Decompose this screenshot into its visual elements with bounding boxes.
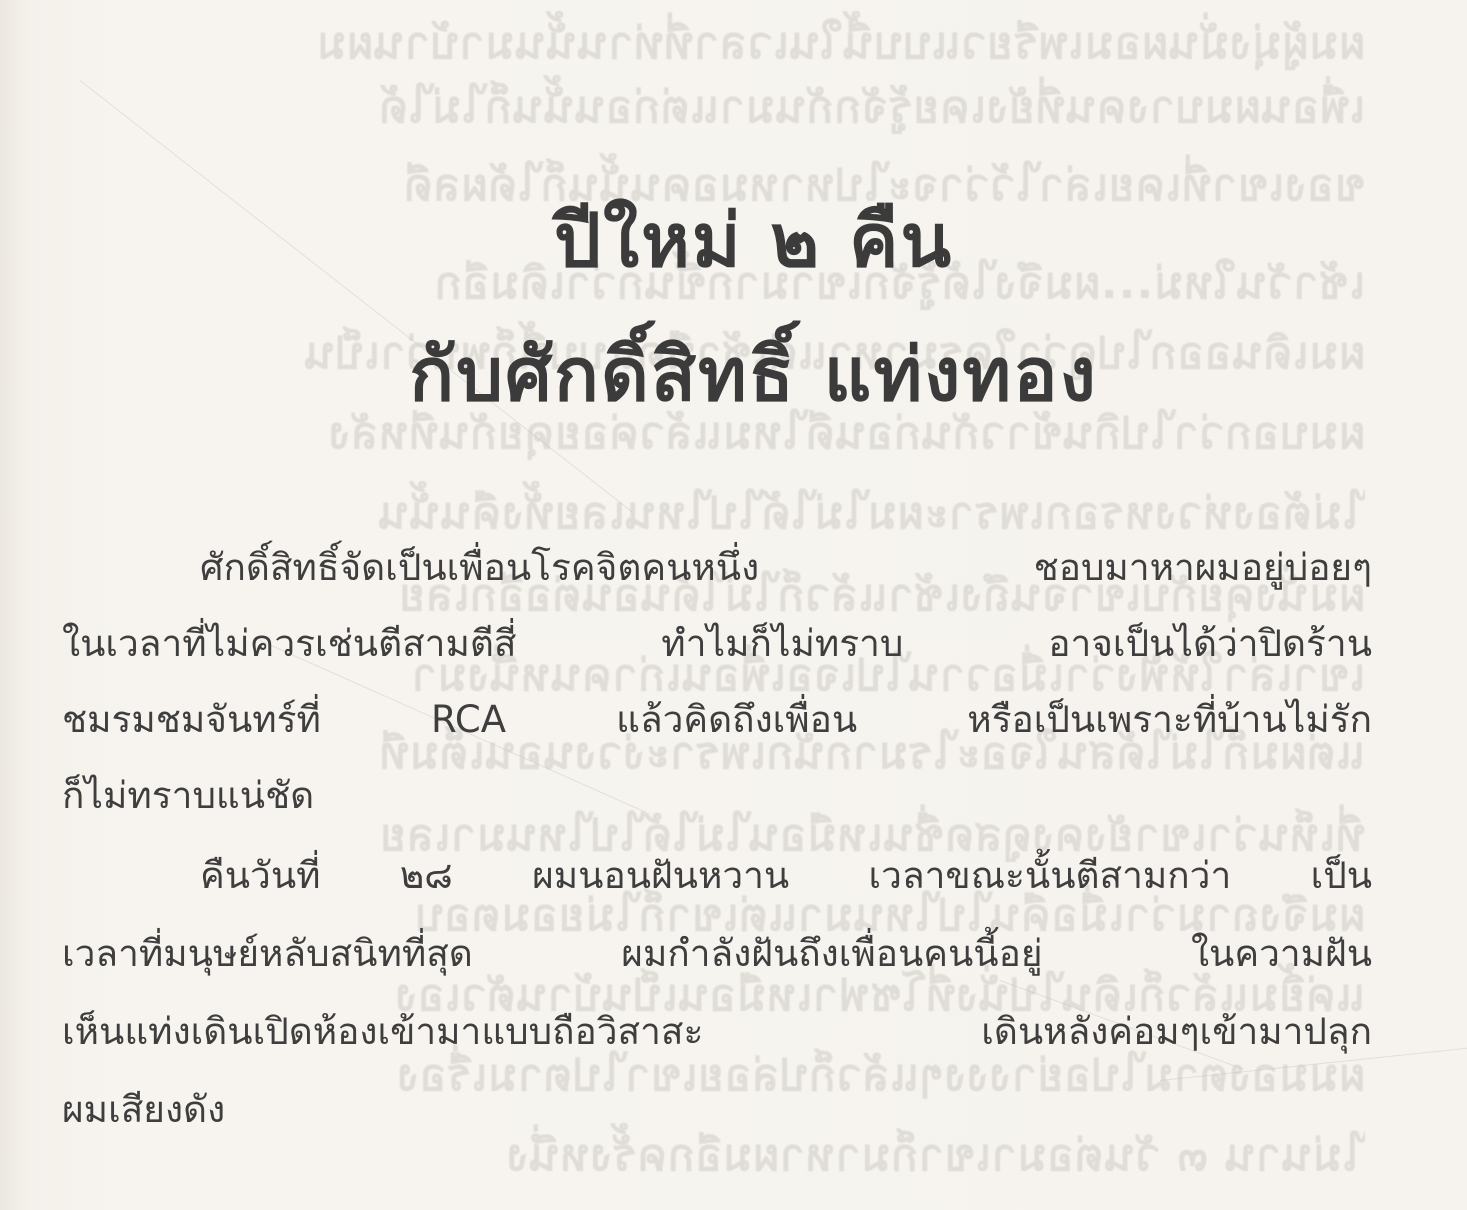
paragraph-2-line-4: ผมเสียงดัง bbox=[62, 1070, 225, 1150]
bleed-through-line: ผมผู้มุ่งมั่นผอมเพรียวแบบนี้ในเวลาที่ท่า… bbox=[55, 8, 1365, 78]
paragraph-1-line-1: ศักดิ์สิทธิ์จัดเป็นเพื่อนโรคจิตคนหนึ่ง ช… bbox=[200, 528, 1372, 608]
paragraph-1-line-3: ชมรมชมจันทร์ที่ RCA แล้วคิดถึงเพื่อน หรื… bbox=[62, 680, 1372, 760]
paragraph-2-line-1: คืนวันที่ ๒๘ ผมนอนฝันหวาน เวลาขณะนั้นตีส… bbox=[200, 836, 1372, 916]
paragraph-1-line-4: ก็ไม่ทราบแน่ชัด bbox=[62, 756, 314, 836]
chapter-title-line-2: กับศักดิ์สิทธิ์ แท่งทอง bbox=[0, 330, 1467, 420]
paragraph-2-line-3: เห็นแท่งเดินเปิดห้องเข้ามาแบบถือวิสาสะ เ… bbox=[62, 992, 1372, 1072]
chapter-title-line-1: ปีใหม่ ๒ คืน bbox=[0, 196, 1467, 286]
bleed-through-line: เพื่อนผมบางคนที่ยังเคยรู้จักกันมาแต่ก่อน… bbox=[55, 72, 1365, 142]
bleed-through-line: ไม่นาน ๓ วันต่อมาเขาก็มาหาผมอีกครั้งหนึ่… bbox=[55, 1120, 1365, 1190]
paragraph-1-line-2: ในเวลาที่ไม่ควรเช่นตีสามตีสี่ ทำไมก็ไม่ท… bbox=[62, 604, 1372, 684]
book-page: ผมผู้มุ่งมั่นผอมเพรียวแบบนี้ในเวลาที่ท่า… bbox=[0, 0, 1467, 1210]
paragraph-2-line-2: เวลาที่มนุษย์หลับสนิทที่สุด ผมกำลังฝันถึ… bbox=[62, 914, 1372, 994]
